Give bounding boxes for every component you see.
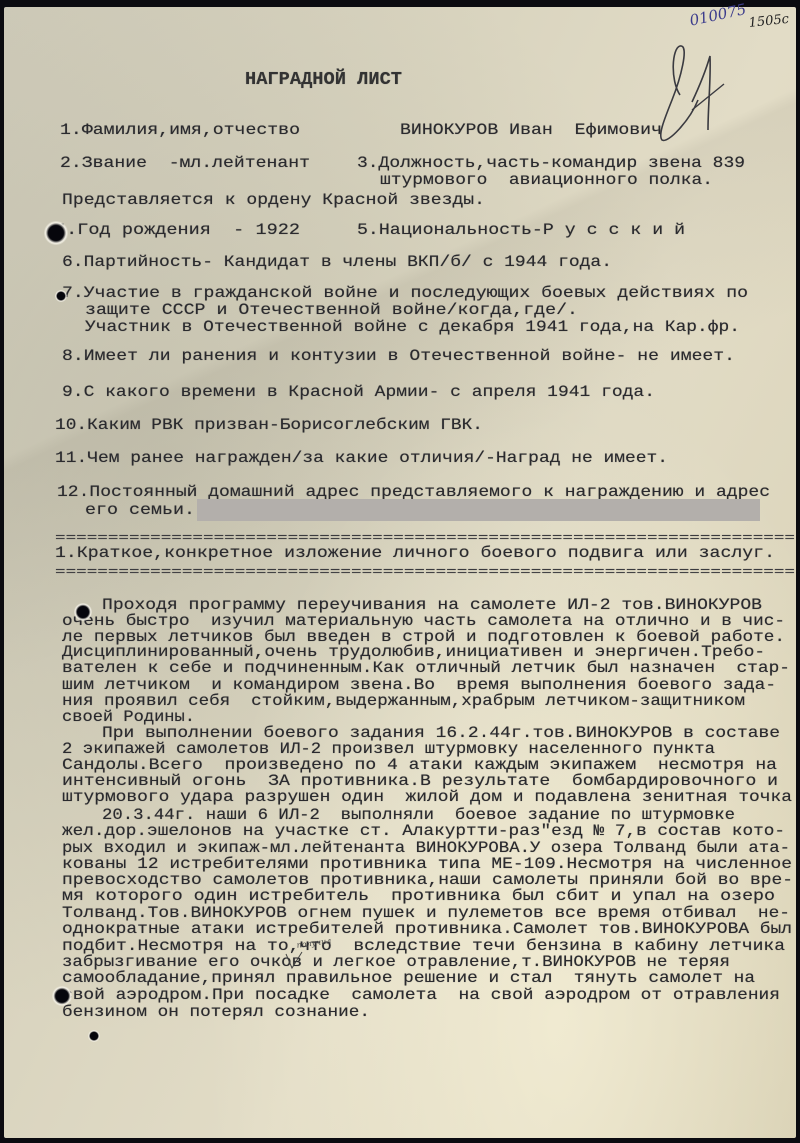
narrative-line: Проходя программу переучивания на самоле… bbox=[102, 597, 762, 613]
sheet-number-handwritten-icon bbox=[650, 40, 770, 160]
field-8-wounds: 8.Имеет ли ранения и контузии в Отечеств… bbox=[62, 348, 735, 364]
field-4-birth-year: 4.Год рождения - 1922 bbox=[55, 222, 300, 238]
punch-hole-icon bbox=[74, 603, 92, 621]
narrative-line: кованы 12 истребителями противника типа … bbox=[62, 856, 792, 872]
field-1-label: 1.Фамилия,имя,отчество bbox=[60, 122, 300, 138]
narrative-line: мя которого один истребитель противника … bbox=[62, 888, 775, 904]
narrative-line: свой аэродром.При посадке самолета на св… bbox=[62, 987, 780, 1003]
narrative-line: При выполнении боевого задания 16.2.44г.… bbox=[102, 725, 780, 741]
narrative-line: очень быстро изучил материальную часть с… bbox=[62, 613, 785, 629]
field-5-nationality: 5.Национальность-Р у с с к и й bbox=[357, 222, 685, 238]
narrative-line: однократные атаки истребителей противник… bbox=[62, 921, 792, 937]
narrative-line: 20.3.44г. наши 6 ИЛ-2 выполняли боевое з… bbox=[102, 807, 735, 823]
narrative-line: вателен к себе и подчиненным.Как отличны… bbox=[62, 660, 790, 676]
narrative-line: Толванд.Тов.ВИНОКУРОВ огнем пушек и пуле… bbox=[62, 905, 790, 921]
narrative-line: ния проявил себя стойким,выдержанным,хра… bbox=[62, 693, 745, 709]
field-12-address-line-2: его семьи. bbox=[85, 502, 195, 518]
field-6-party: 6.Партийность- Кандидат в члены ВКП/б/ с… bbox=[62, 254, 612, 270]
punch-hole-icon bbox=[44, 221, 68, 245]
document-title: НАГРАДНОЙ ЛИСТ bbox=[245, 71, 402, 89]
punch-hole-icon bbox=[52, 986, 72, 1006]
divider-top: ========================================… bbox=[55, 533, 795, 543]
presented-for-award: Представляется к ордену Красной звезды. bbox=[62, 192, 485, 208]
narrative-line: превосходство самолетов противника,наши … bbox=[62, 872, 793, 888]
narrative-line: своей Родины. bbox=[62, 709, 195, 725]
section-heading: 1.Краткое,конкретное изложение личного б… bbox=[55, 545, 775, 561]
field-11-previous-awards: 11.Чем ранее награжден/за какие отличия/… bbox=[55, 450, 668, 466]
field-7-line-1: 7.Участие в гражданской войне и последую… bbox=[62, 285, 748, 301]
narrative-line: забрызгивание его очков и легкое отравле… bbox=[62, 954, 730, 970]
field-3-position-cont: штурмового авиационного полка. bbox=[380, 172, 713, 188]
insertion-caret-icon bbox=[284, 952, 304, 970]
field-2-rank: 2.Звание -мл.лейтенант bbox=[60, 155, 310, 171]
narrative-line: подбит.Несмотря на то,что вследствие теч… bbox=[62, 938, 785, 954]
field-7-line-2: защите СССР и Отечественной войне/когда,… bbox=[85, 302, 578, 318]
field-3-position: 3.Должность,часть-командир звена 839 bbox=[357, 155, 745, 171]
punch-hole-icon bbox=[55, 290, 67, 302]
narrative-line: самообладание,принял правильное решение … bbox=[62, 970, 755, 986]
field-12-address-line-1: 12.Постоянный домашний адрес представляе… bbox=[57, 484, 770, 500]
field-9-service-since: 9.С какого времени в Красной Армии- с ап… bbox=[62, 384, 655, 400]
narrative-line: Дисциплинированный,очень трудолюбив,иниц… bbox=[62, 644, 765, 660]
redacted-address bbox=[197, 499, 760, 521]
field-7-line-3: Участник в Отечественной войне с декабря… bbox=[85, 319, 740, 335]
narrative-line: рых входил и экипаж-мл.лейтенанта ВИНОКУ… bbox=[62, 840, 790, 856]
divider-bottom: ========================================… bbox=[55, 567, 795, 577]
narrative-line: жел.дор.эшелонов на участке ст. Алакуртт… bbox=[62, 823, 785, 839]
narrative-line: Сандолы.Всего произведено по 4 атаки каж… bbox=[62, 757, 777, 773]
narrative-line: бензином он потерял сознание. bbox=[62, 1004, 370, 1020]
field-1-value: ВИНОКУРОВ Иван Ефимович bbox=[400, 122, 662, 138]
narrative-line: шим летчиком и командиром звена.Во время… bbox=[62, 677, 776, 693]
narrative-line: интенсивный огонь ЗА противника.В резуль… bbox=[62, 773, 778, 789]
field-10-draft-office: 10.Каким РВК призван-Борисоглебским ГВК. bbox=[55, 417, 483, 433]
narrative-line: штурмового удара разрушен один жилой дом… bbox=[62, 789, 792, 805]
narrative-line: 2 экипажей самолетов ИЛ-2 произвел штурм… bbox=[62, 741, 715, 757]
punch-hole-icon bbox=[88, 1030, 100, 1042]
